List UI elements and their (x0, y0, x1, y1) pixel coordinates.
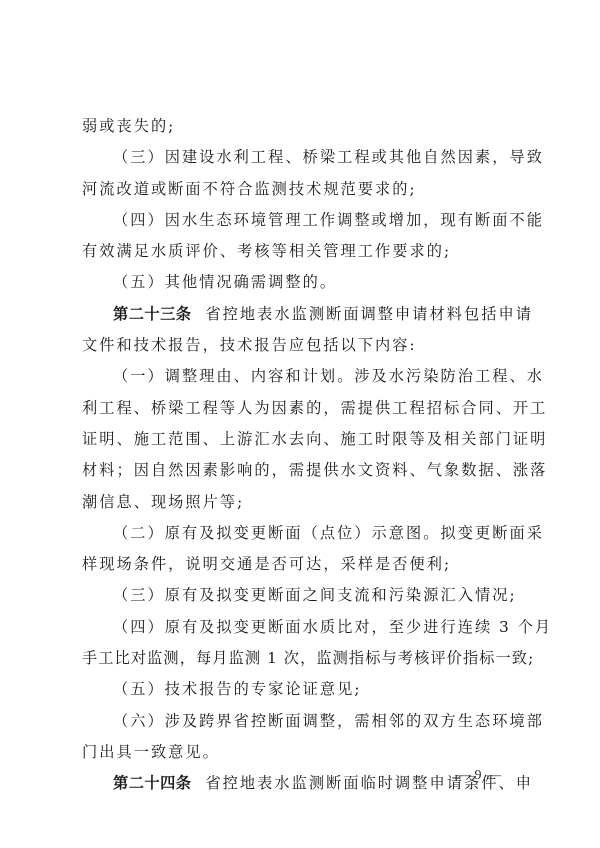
text-line: 文件和技术报告，技术报告应包括以下内容: (82, 330, 518, 361)
text-line: （五）其他情况确需调整的。 (82, 267, 518, 298)
text-line: 弱或丧失的; (82, 111, 518, 142)
text-line: （四）因水生态环境管理工作调整或增加，现有断面不能 (82, 205, 518, 236)
text-line: 样现场条件，说明交通是否可达，采样是否便利; (82, 549, 518, 580)
text-line: （六）涉及跨界省控断面调整，需相邻的双方生态环境部 (82, 706, 518, 737)
page-number: — 9 — (455, 768, 502, 784)
text-line: （一）调整理由、内容和计划。涉及水污染防治工程、水 (82, 361, 518, 392)
text-line: 材料；因自然因素影响的，需提供水文资料、气象数据、涨落 (82, 455, 518, 486)
text-line: 手工比对监测，每月监测 1 次，监测指标与考核评价指标一致; (82, 643, 518, 674)
article-number: 第二十三条 (113, 305, 191, 323)
text-line: 门出具一致意见。 (82, 737, 518, 768)
text-line: 证明、施工范围、上游汇水去向、施工时限等及相关部门证明 (82, 424, 518, 455)
document-page: 弱或丧失的; （三）因建设水利工程、桥梁工程或其他自然因素，导致 河流改道或断面… (0, 0, 600, 848)
article-line: 第二十三条省控地表水监测断面调整申请材料包括申请 (82, 299, 518, 330)
text-line: 利工程、桥梁工程等人为因素的，需提供工程招标合同、开工 (82, 393, 518, 424)
text-line: （二）原有及拟变更断面（点位）示意图。拟变更断面采 (82, 518, 518, 549)
text-line: 河流改道或断面不符合监测技术规范要求的; (82, 174, 518, 205)
text-line: 潮信息、现场照片等; (82, 487, 518, 518)
article-number: 第二十四条 (113, 774, 191, 792)
text-line: 有效满足水质评价、考核等相关管理工作要求的; (82, 236, 518, 267)
article-line: 第二十四条省控地表水监测断面临时调整申请条件、申 (82, 768, 518, 799)
document-body: 弱或丧失的; （三）因建设水利工程、桥梁工程或其他自然因素，导致 河流改道或断面… (82, 111, 518, 800)
article-text: 省控地表水监测断面调整申请材料包括申请 (205, 305, 533, 323)
text-line: （五）技术报告的专家论证意见; (82, 674, 518, 705)
text-line: （三）原有及拟变更断面之间支流和污染源汇入情况; (82, 580, 518, 611)
text-line: （三）因建设水利工程、桥梁工程或其他自然因素，导致 (82, 142, 518, 173)
text-line: （四）原有及拟变更断面水质比对，至少进行连续 3 个月 (82, 612, 518, 643)
